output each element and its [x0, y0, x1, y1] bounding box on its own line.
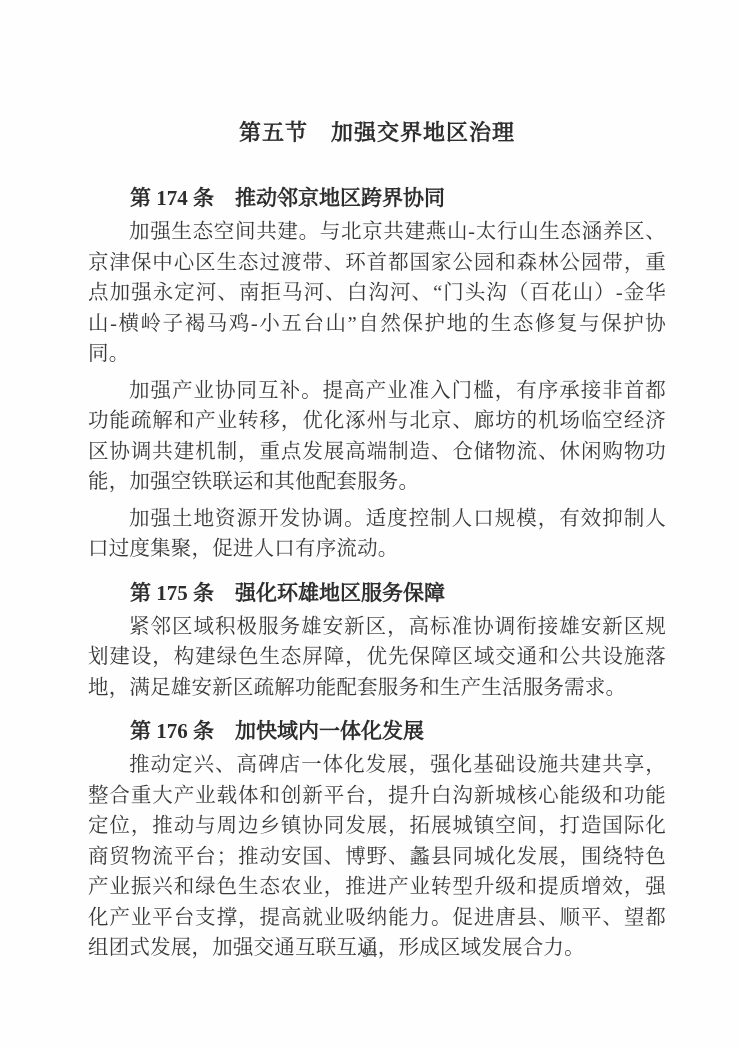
article-175-paragraph-1: 紧邻区域积极服务雄安新区，高标准协调衔接雄安新区规划建设，构建绿色生态屏障，优先…	[88, 612, 666, 704]
article-175-heading: 第 175 条 强化环雄地区服务保障	[88, 578, 666, 608]
article-176-heading: 第 176 条 加快域内一体化发展	[88, 716, 666, 746]
document-page: 第五节 加强交界地区治理 第 174 条 推动邻京地区跨界协同 加强生态空间共建…	[0, 0, 740, 1047]
article-176-paragraph-1: 推动定兴、高碑店一体化发展，强化基础设施共建共享，整合重大产业载体和创新平台，提…	[88, 750, 666, 964]
article-174-heading: 第 174 条 推动邻京地区跨界协同	[88, 183, 666, 213]
section-title: 第五节 加强交界地区治理	[88, 118, 666, 148]
article-174-paragraph-3: 加强土地资源开发协调。适度控制人口规模，有效抑制人口过度集聚，促进人口有序流动。	[88, 504, 666, 565]
page-number: 94	[0, 946, 740, 962]
article-174-paragraph-2: 加强产业协同互补。提高产业准入门槛，有序承接非首都功能疏解和产业转移，优化涿州与…	[88, 376, 666, 498]
article-174-paragraph-1: 加强生态空间共建。与北京共建燕山-太行山生态涵养区、京津保中心区生态过渡带、环首…	[88, 217, 666, 370]
